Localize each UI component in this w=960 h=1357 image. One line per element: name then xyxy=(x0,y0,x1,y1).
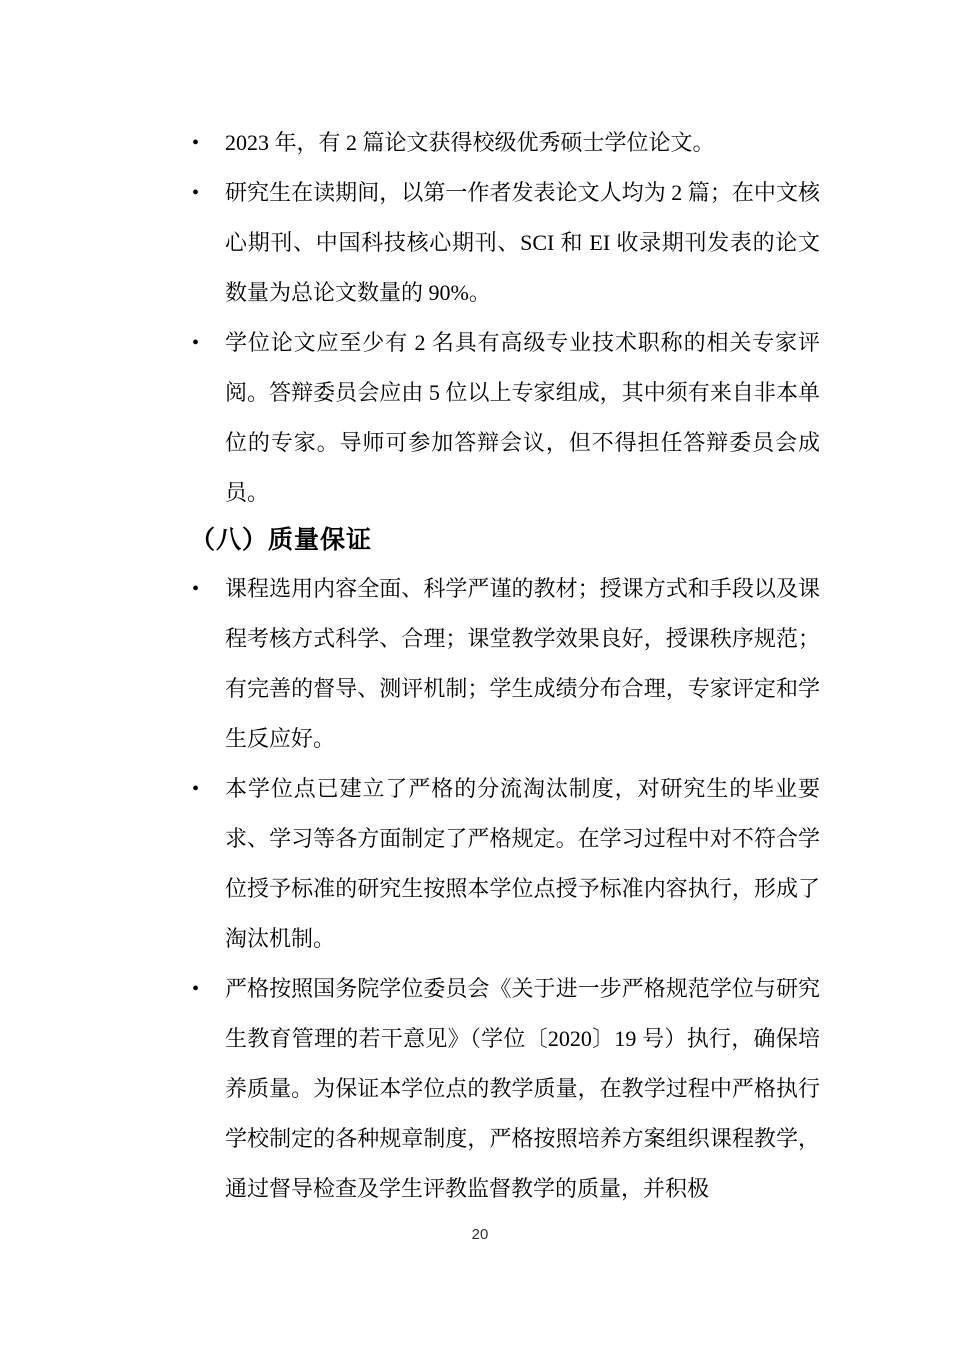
bullet-text: 2023 年，有 2 篇论文获得校级优秀硕士学位论文。 xyxy=(225,130,715,155)
bullet-marker-icon: • xyxy=(192,168,199,218)
bullet-text: 严格按照国务院学位委员会《关于进一步严格规范学位与研究生教育管理的若干意见》（学… xyxy=(225,976,820,1201)
bullet-text: 课程选用内容全面、科学严谨的教材；授课方式和手段以及课程考核方式科学、合理；课堂… xyxy=(225,576,820,751)
bullet-text: 研究生在读期间，以第一作者发表论文人均为 2 篇；在中文核心期刊、中国科技核心期… xyxy=(225,180,820,305)
bullet-item: • 严格按照国务院学位委员会《关于进一步严格规范学位与研究生教育管理的若干意见》… xyxy=(190,964,820,1214)
bullet-marker-icon: • xyxy=(192,964,199,1014)
bullet-item: • 学位论文应至少有 2 名具有高级专业技术职称的相关专家评阅。答辩委员会应由 … xyxy=(190,318,820,518)
bullet-marker-icon: • xyxy=(192,564,199,614)
bullet-marker-icon: • xyxy=(192,764,199,814)
bullet-text: 本学位点已建立了严格的分流淘汰制度，对研究生的毕业要求、学习等各方面制定了严格规… xyxy=(225,776,820,951)
document-page: • 2023 年，有 2 篇论文获得校级优秀硕士学位论文。 • 研究生在读期间，… xyxy=(0,0,960,1357)
section-heading: （八）质量保证 xyxy=(190,518,820,564)
bullet-marker-icon: • xyxy=(192,318,199,368)
page-number: 20 xyxy=(0,1226,960,1243)
bullet-item: • 本学位点已建立了严格的分流淘汰制度，对研究生的毕业要求、学习等各方面制定了严… xyxy=(190,764,820,964)
bullet-item: • 研究生在读期间，以第一作者发表论文人均为 2 篇；在中文核心期刊、中国科技核… xyxy=(190,168,820,318)
bullet-item: • 2023 年，有 2 篇论文获得校级优秀硕士学位论文。 xyxy=(190,118,820,168)
page-content: • 2023 年，有 2 篇论文获得校级优秀硕士学位论文。 • 研究生在读期间，… xyxy=(190,118,820,1214)
bullet-text: 学位论文应至少有 2 名具有高级专业技术职称的相关专家评阅。答辩委员会应由 5 … xyxy=(225,330,820,505)
bullet-item: • 课程选用内容全面、科学严谨的教材；授课方式和手段以及课程考核方式科学、合理；… xyxy=(190,564,820,764)
bullet-marker-icon: • xyxy=(192,118,199,168)
bullet-list-bottom: • 课程选用内容全面、科学严谨的教材；授课方式和手段以及课程考核方式科学、合理；… xyxy=(190,564,820,1214)
bullet-list-top: • 2023 年，有 2 篇论文获得校级优秀硕士学位论文。 • 研究生在读期间，… xyxy=(190,118,820,518)
